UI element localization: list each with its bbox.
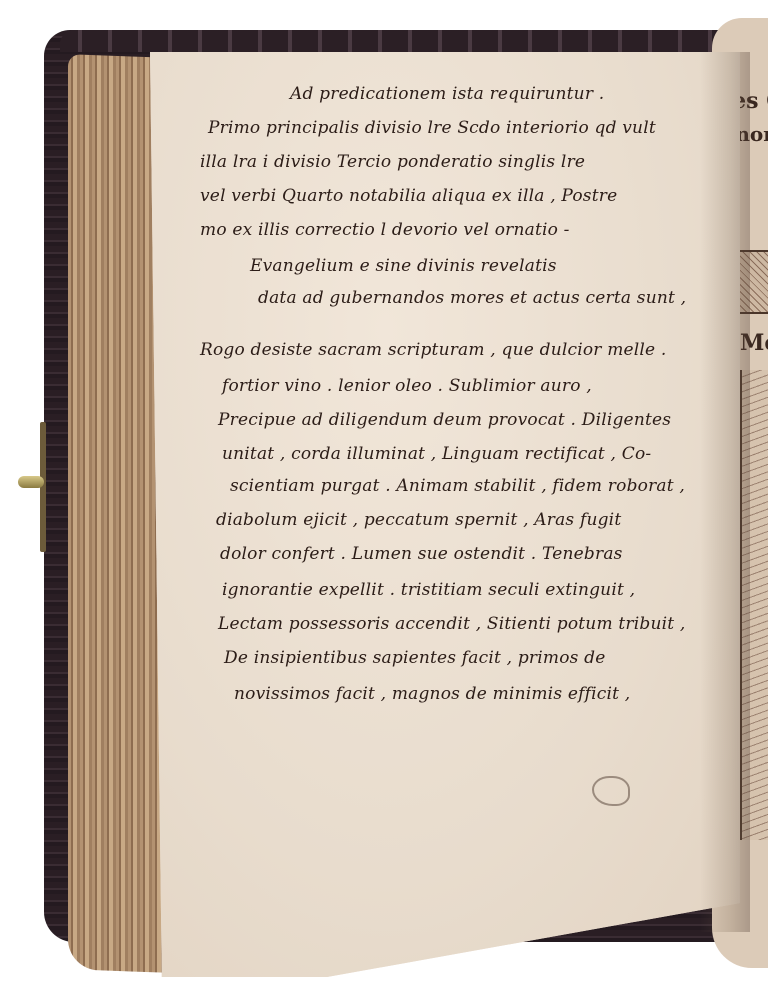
manuscript-line: novissimos facit , magnos de minimis eff… [234, 684, 630, 704]
manuscript-line: Lectam possessoris accendit , Sitienti p… [218, 614, 685, 634]
manuscript-line: scientiam purgat . Animam stabilit , fid… [230, 476, 685, 496]
manuscript-line: Primo principalis divisio lre Scdo inter… [208, 118, 656, 138]
manuscript-line: mo ex illis correctio l devorio vel orna… [200, 220, 570, 240]
page-gutter-shadow [700, 52, 750, 932]
manuscript-line: dolor confert . Lumen sue ostendit . Ten… [220, 544, 623, 564]
manuscript-line: vel verbi Quarto notabilia aliqua ex ill… [200, 186, 617, 206]
manuscript-line: Ad predicationem ista requiruntur . [290, 84, 604, 104]
manuscript-line: unitat , corda illuminat , Linguam recti… [222, 444, 651, 464]
manuscript-line: Precipue ad diligendum deum provocat . D… [218, 410, 671, 430]
manuscript-line: diabolum ejicit , peccatum spernit , Ara… [216, 510, 621, 530]
clasp-pin [18, 476, 44, 488]
manuscript-line: ignorantie expellit . tristitiam seculi … [222, 580, 635, 600]
ink-doodle-mark [592, 776, 630, 806]
binding-top-edge [60, 30, 720, 52]
manuscript-line: De insipientibus sapientes facit , primo… [224, 648, 606, 668]
manuscript-line: Rogo desiste sacram scripturam , que dul… [200, 340, 667, 360]
manuscript-line: illa lra i divisio Tercio ponderatio sin… [200, 152, 585, 172]
manuscript-line: Evangelium e sine divinis revelatis [250, 256, 557, 276]
manuscript-line: data ad gubernandos mores et actus certa… [258, 288, 686, 308]
manuscript-line: fortior vino . lenior oleo . Sublimior a… [222, 376, 592, 396]
